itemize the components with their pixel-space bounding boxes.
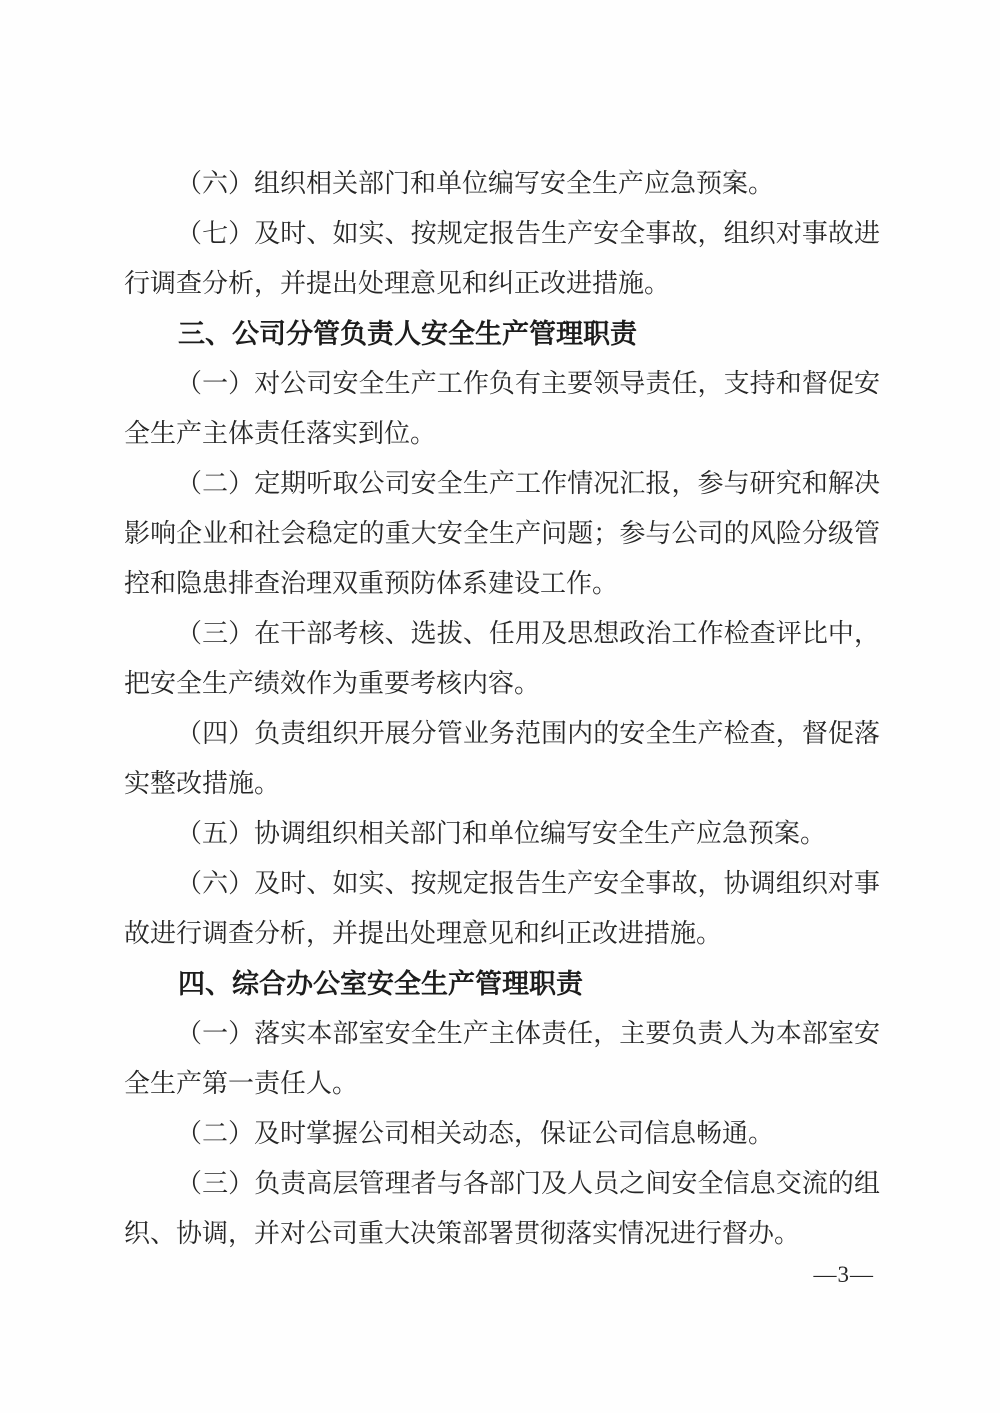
section-heading: 三、公司分管负责人安全生产管理职责: [124, 309, 880, 359]
paragraph: （一）落实本部室安全生产主体责任，主要负责人为本部室安全生产第一责任人。: [124, 1009, 880, 1109]
paragraph: （二）及时掌握公司相关动态，保证公司信息畅通。: [124, 1109, 880, 1159]
paragraph: （六）及时、如实、按规定报告生产安全事故，协调组织对事故进行调查分析，并提出处理…: [124, 859, 880, 959]
paragraph: （五）协调组织相关部门和单位编写安全生产应急预案。: [124, 809, 880, 859]
paragraph: （四）负责组织开展分管业务范围内的安全生产检查，督促落实整改措施。: [124, 709, 880, 809]
paragraph: （三）负责高层管理者与各部门及人员之间安全信息交流的组织、协调，并对公司重大决策…: [124, 1159, 880, 1259]
paragraph: （六）组织相关部门和单位编写安全生产应急预案。: [124, 159, 880, 209]
paragraph: （三）在干部考核、选拔、任用及思想政治工作检查评比中，把安全生产绩效作为重要考核…: [124, 609, 880, 709]
document-body: （六）组织相关部门和单位编写安全生产应急预案。（七）及时、如实、按规定报告生产安…: [124, 159, 880, 1259]
section-heading: 四、综合办公室安全生产管理职责: [124, 959, 880, 1009]
page-number: —3—: [814, 1262, 875, 1288]
paragraph: （一）对公司安全生产工作负有主要领导责任，支持和督促安全生产主体责任落实到位。: [124, 359, 880, 459]
paragraph: （二）定期听取公司安全生产工作情况汇报，参与研究和解决影响企业和社会稳定的重大安…: [124, 459, 880, 609]
document-page: （六）组织相关部门和单位编写安全生产应急预案。（七）及时、如实、按规定报告生产安…: [0, 0, 1000, 1413]
paragraph: （七）及时、如实、按规定报告生产安全事故，组织对事故进行调查分析，并提出处理意见…: [124, 209, 880, 309]
